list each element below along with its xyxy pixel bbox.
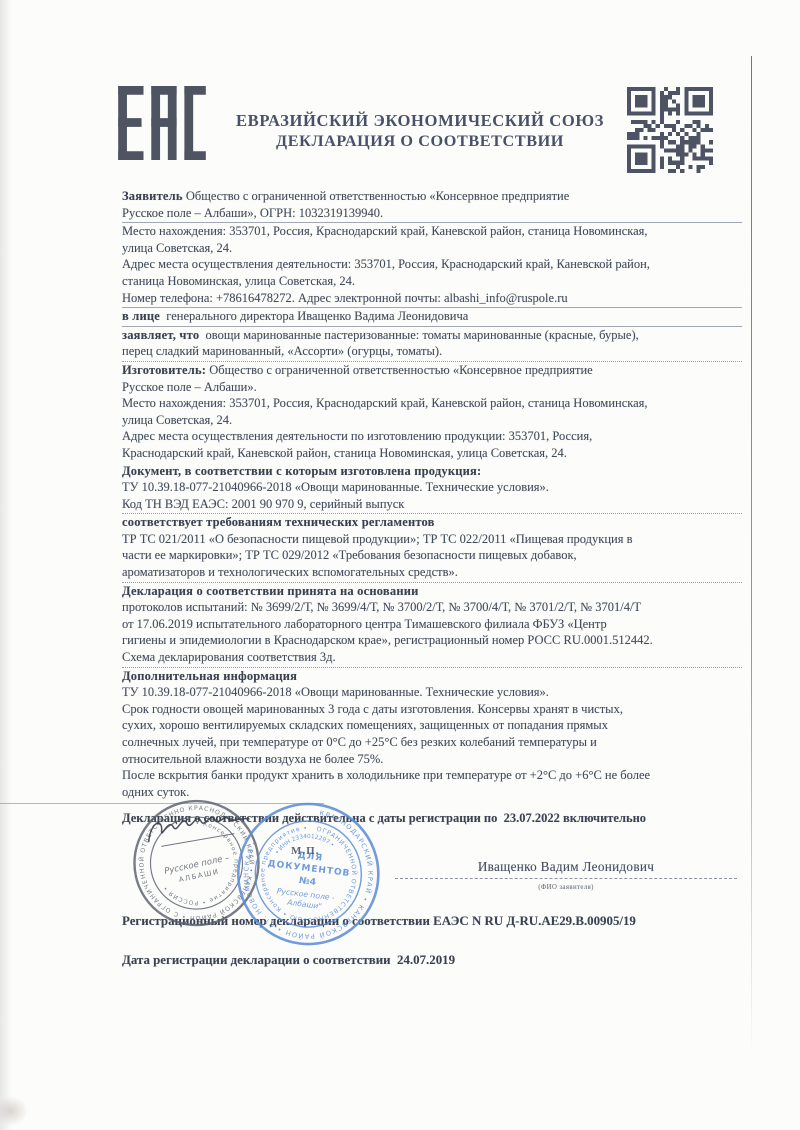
- section-4: Изготовитель: Общество с ограниченной от…: [122, 362, 742, 463]
- section-6: соответствует требованиям технических ре…: [122, 514, 742, 582]
- scan-strike-line: [0, 803, 324, 804]
- registration-date-line: Дата регистрации декларации о соответств…: [122, 952, 742, 969]
- scan-edge-shadow: [0, 0, 12, 1130]
- signer-caption: (ФИО заявителя): [395, 880, 737, 897]
- section-0: Заявитель Общество с ограниченной ответс…: [122, 188, 742, 223]
- registration-number-line: Регистрационный номер декларации о соотв…: [122, 913, 742, 930]
- scan-corner-smudge: [0, 1096, 28, 1126]
- section-1: Место нахождения: 353701, Россия, Красно…: [122, 223, 742, 308]
- title-line-1: ЕВРАЗИЙСКИЙ ЭКОНОМИЧЕСКИЙ СОЮЗ: [215, 111, 625, 131]
- signer-name: Иващенко Вадим Леонидович: [395, 859, 737, 879]
- page-right-fold-line: [751, 56, 752, 1056]
- qr-code: [627, 87, 713, 178]
- section-8: Дополнительная информация ТУ 10.39.18-07…: [122, 668, 742, 802]
- section-5: Документ, в соответствии с которым изгот…: [122, 463, 742, 515]
- scanned-declaration-page: ЕВРАЗИЙСКИЙ ЭКОНОМИЧЕСКИЙ СОЮЗ ДЕКЛАРАЦИ…: [0, 0, 800, 1130]
- document-title: ЕВРАЗИЙСКИЙ ЭКОНОМИЧЕСКИЙ СОЮЗ ДЕКЛАРАЦИ…: [215, 111, 625, 151]
- eac-mark-icon: [118, 86, 206, 165]
- title-line-2: ДЕКЛАРАЦИЯ О СООТВЕТСТВИИ: [215, 131, 625, 151]
- page-top-border: [40, 56, 752, 57]
- section-7: Декларация о соответствии принята на осн…: [122, 583, 742, 668]
- mp-placeholder-label: М.П.: [291, 845, 319, 857]
- section-3: заявляет, что овощи маринованные пастери…: [122, 327, 742, 362]
- declaration-sections: Заявитель Общество с ограниченной ответс…: [122, 188, 742, 801]
- section-2: в лице генерального директора Иващенко В…: [122, 308, 742, 327]
